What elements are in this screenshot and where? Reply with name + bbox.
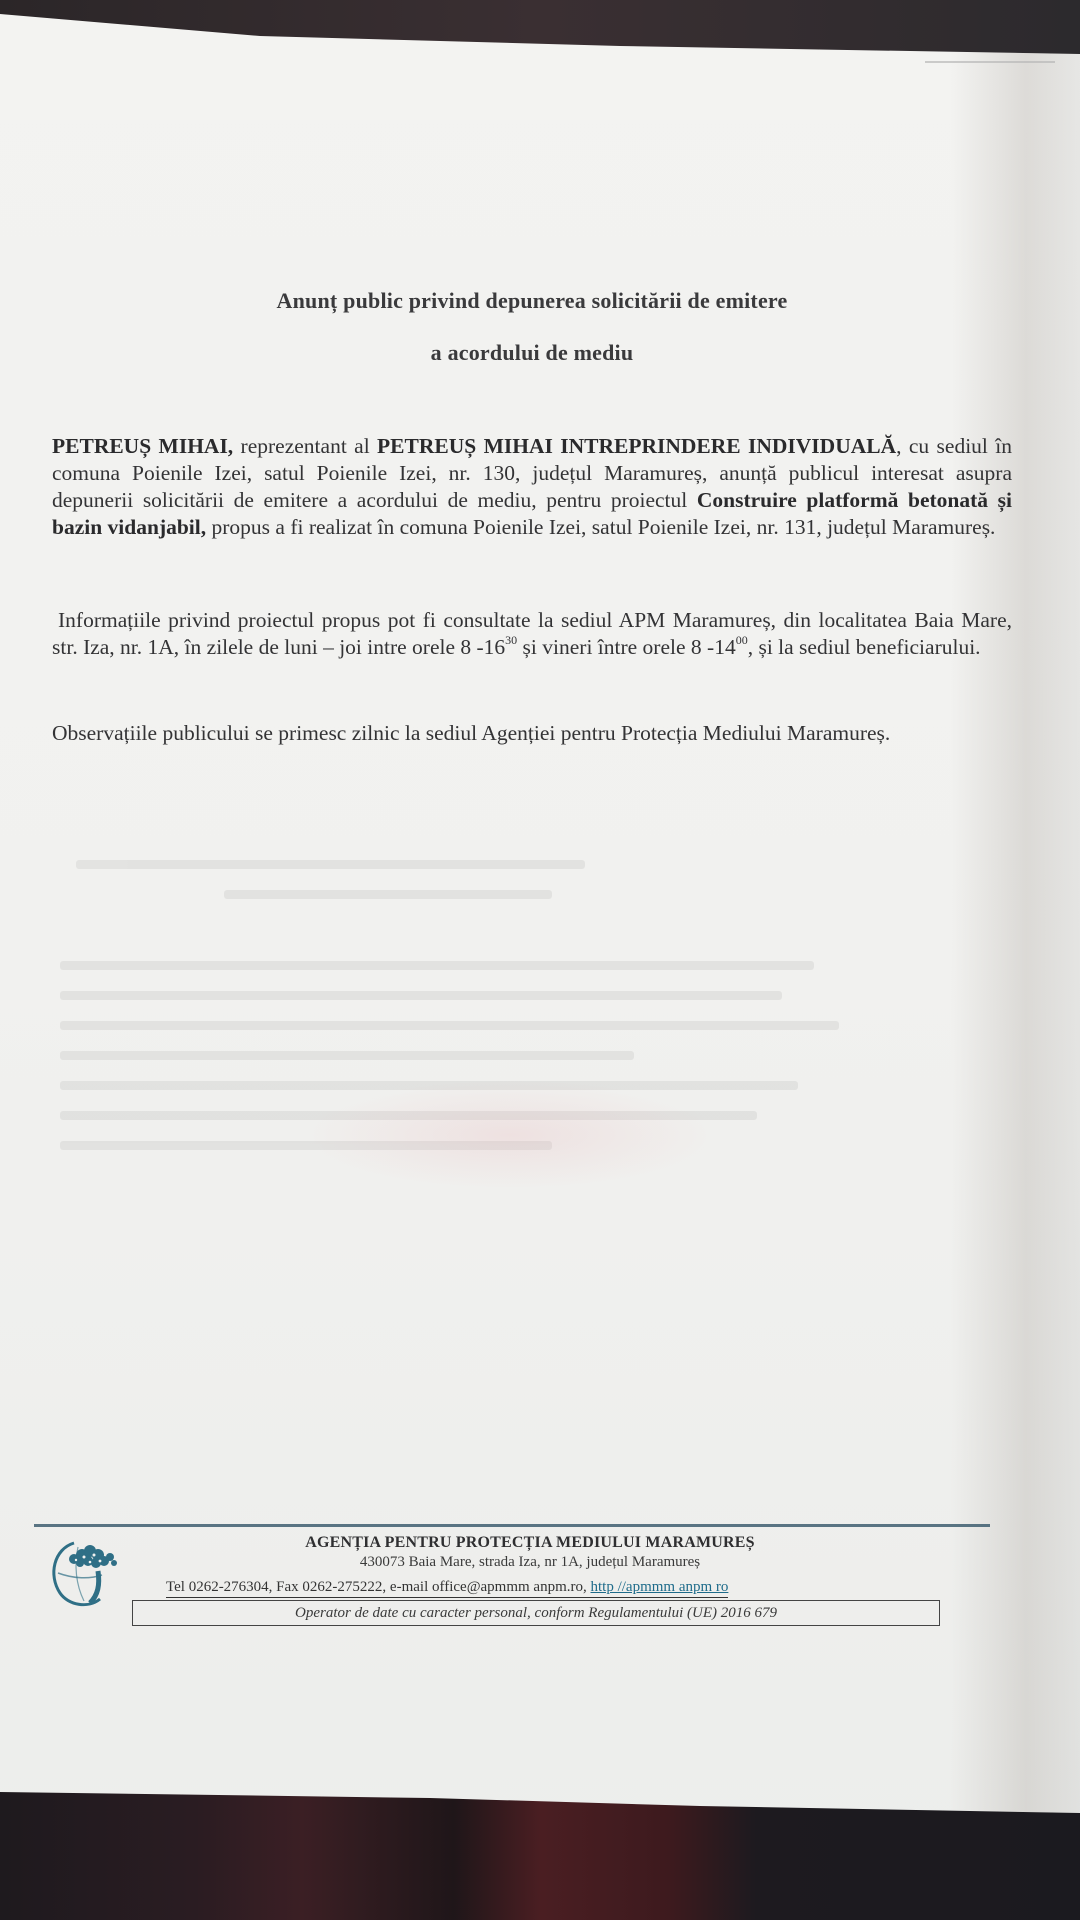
paper-sheet: Anunț public privind depunerea solicităr…: [0, 0, 1080, 1920]
paragraph-observations: Observațiile publicului se primesc zilni…: [52, 720, 1012, 747]
paragraph-text: , și la sediul beneficiarului.: [748, 635, 981, 659]
agency-name: AGENȚIA PENTRU PROTECȚIA MEDIULUI MARAMU…: [150, 1534, 910, 1552]
contact-details: Tel 0262-276304, Fax 0262-275222, e-mail…: [166, 1579, 591, 1595]
company-name: PETREUȘ MIHAI INTREPRINDERE INDIVIDUALĂ: [377, 434, 896, 458]
footer-agency-block: AGENȚIA PENTRU PROTECȚIA MEDIULUI MARAMU…: [150, 1534, 910, 1571]
document-subtitle: a acordului de mediu: [52, 340, 1012, 366]
agency-address: 430073 Baia Mare, strada Iza, nr 1A, jud…: [150, 1554, 910, 1571]
paragraph-text: propus a fi realizat în comuna Poienile …: [206, 515, 995, 539]
paragraph-text: reprezentant al: [233, 434, 377, 458]
applicant-name: PETREUȘ MIHAI,: [52, 434, 233, 458]
time-superscript: 00: [736, 633, 748, 647]
legal-notice: Operator de date cu caracter personal, c…: [132, 1600, 940, 1626]
paper-edge: [925, 61, 1055, 63]
paper-stain: [300, 1080, 720, 1190]
tree-globe-logo-icon: [44, 1535, 124, 1611]
agency-contacts: Tel 0262-276304, Fax 0262-275222, e-mail…: [166, 1579, 926, 1598]
footer-divider: [34, 1524, 990, 1527]
website-link[interactable]: http //apmmm anpm ro: [591, 1579, 729, 1595]
document-title: Anunț public privind depunerea solicităr…: [52, 288, 1012, 314]
paragraph-information: Informațiile privind proiectul propus po…: [52, 607, 1012, 661]
time-superscript: 30: [505, 633, 517, 647]
paragraph-text: și vineri între orele 8 -14: [517, 635, 736, 659]
paragraph-applicant: PETREUȘ MIHAI, reprezentant al PETREUȘ M…: [52, 433, 1012, 541]
